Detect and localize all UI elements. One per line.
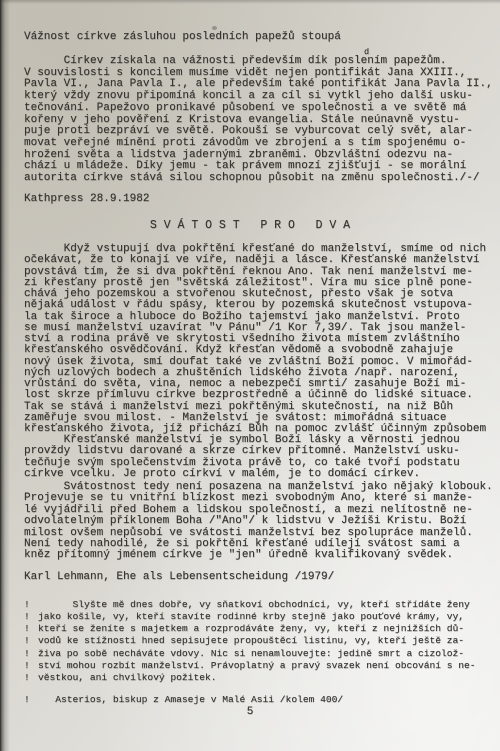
lehmann-attribution: Karl Lehmann, Ehe als Lebensentscheidung… xyxy=(24,571,334,583)
text-line: odvolatelným příklonem Boha /"Ano"/ k li… xyxy=(24,516,493,527)
margin-exclamation-mark: ! xyxy=(24,660,38,672)
quote-line-row: ! vodů ke stížnosti hned sepisujete prop… xyxy=(24,635,476,647)
quote-attribution-row: ! Asterios, biskup z Amaseje v Malé Asii… xyxy=(24,694,343,706)
text-line: tečnování. Papežovo pronikavé působení v… xyxy=(24,103,493,115)
article-title: S V Á T O S T P R O D V A xyxy=(0,219,500,232)
quote-line-row: ! živa po sobě necháváte vdovy. Nic si n… xyxy=(24,648,476,660)
quote-text-line: vodů ke stížnosti hned sepisujete propou… xyxy=(38,635,464,647)
text-line: kněz přítomný jménem církve je "jen" úře… xyxy=(24,550,493,561)
text-line: movat veřejné mínění proti závodům ve zb… xyxy=(24,138,493,150)
quote-text-line: ství mohou rozbít manželství. Právoplatn… xyxy=(38,660,476,672)
text-line: očekávat, že to konají ve víře, naději a… xyxy=(24,255,486,266)
source-line: Kathpress 28.9.1982 xyxy=(24,193,149,205)
typed-correction-letter: d xyxy=(364,48,369,57)
body-paragraph-1: Když vstupují dva pokřtění křesťané do m… xyxy=(24,244,486,435)
quote-text-line: věstkou, ani chvilkový požitek. xyxy=(38,672,216,684)
text-line: církve vcelku. Je proto církví v malém, … xyxy=(24,469,460,480)
text-line: nějaká událost v řádu spásy, kterou by p… xyxy=(24,300,486,311)
page-number: 5 xyxy=(0,706,500,719)
document-header: Vážnost církve zásluhou posledních papež… xyxy=(24,31,341,43)
margin-exclamation-mark: ! xyxy=(24,648,38,660)
quote-block: ! Slyšte mě dnes dobře, vy sňatkoví obch… xyxy=(24,599,476,684)
quote-line-row: ! Slyšte mě dnes dobře, vy sňatkoví obch… xyxy=(24,599,476,611)
scan-speck xyxy=(212,26,217,30)
text-line: Církev získala na vážnosti především dík… xyxy=(24,56,493,68)
margin-exclamation-mark: ! xyxy=(24,623,38,635)
quote-attribution: Asterios, biskup z Amaseje v Malé Asii /… xyxy=(38,694,343,706)
quote-text-line: kteří se ženíte s majetkem a rozprodávát… xyxy=(38,623,464,635)
quote-text-line: jako košile, vy, kteří stavíte rodinné k… xyxy=(38,611,464,623)
body-paragraph-3: Svátostnost tedy není posazena na manžel… xyxy=(24,482,493,562)
margin-exclamation-mark: ! xyxy=(24,672,38,684)
quote-text-line: živa po sobě necháváte vdovy. Nic si nen… xyxy=(38,648,464,660)
scan-edge-left xyxy=(0,0,10,751)
quote-line-row: ! kteří se ženíte s majetkem a rozprodáv… xyxy=(24,623,476,635)
body-paragraph-2: Křesťanské manželství je symbol Boží lás… xyxy=(24,435,460,480)
quote-line-row: ! věstkou, ani chvilkový požitek. xyxy=(24,672,476,684)
margin-exclamation-mark: ! xyxy=(24,611,38,623)
scan-edge-top xyxy=(0,0,500,4)
intro-paragraph: Církev získala na vážnosti především dík… xyxy=(24,56,493,185)
text-line: křesťanského osvědčování. Když křesťan v… xyxy=(24,345,486,356)
margin-exclamation-mark: ! xyxy=(24,635,38,647)
text-line: provždy lidstvu darované a skrze církev … xyxy=(24,446,460,457)
quote-text-line: Slyšte mě dnes dobře, vy sňatkoví obchod… xyxy=(38,599,470,611)
document-page: Vážnost církve zásluhou posledních papež… xyxy=(0,0,500,751)
quote-line-row: ! jako košile, vy, kteří stavíte rodinné… xyxy=(24,611,476,623)
text-line: lost skrze přímluvu církve bezprostředně… xyxy=(24,390,486,401)
quote-line-row: ! ství mohou rozbít manželství. Právopla… xyxy=(24,660,476,672)
text-line: autorita církve stává silou schopnou půs… xyxy=(24,173,493,185)
margin-exclamation-mark: ! xyxy=(24,694,38,706)
margin-exclamation-mark: ! xyxy=(24,599,38,611)
